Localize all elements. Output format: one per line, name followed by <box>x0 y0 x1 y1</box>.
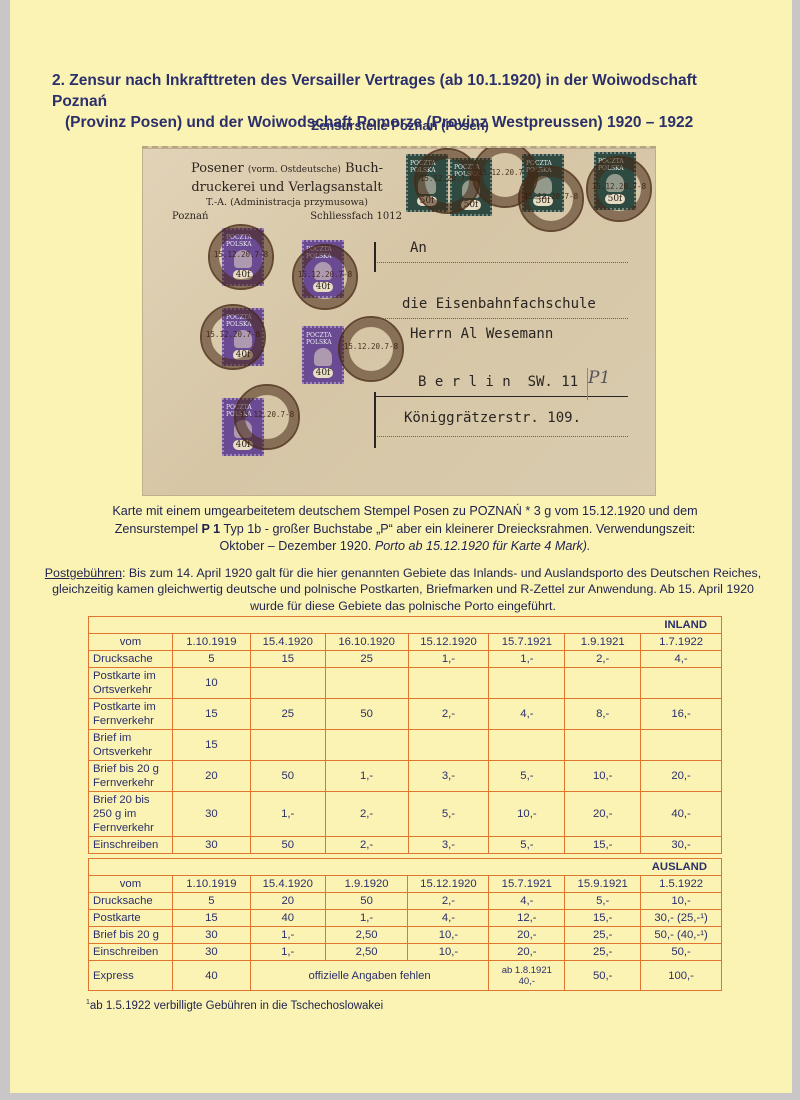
cell: 20 <box>172 761 250 792</box>
cell: 4,- <box>489 893 565 910</box>
cell <box>489 668 565 699</box>
sender-line-3: T.-A. (Administracja przymusowa) <box>172 196 402 210</box>
table-row: Brief bis 20 g Fernverkehr 20501,-3,-5,-… <box>89 761 722 792</box>
table-row: Brief 20 bis 250 g im Fernverkehr 301,-2… <box>89 792 722 837</box>
ausland-rates-table: AUSLAND vom 1.10.1919 15.4.1920 1.9.1920… <box>88 858 722 991</box>
stamp-green-50f: POCZTA POLSKA50f <box>406 154 448 212</box>
cell: 15,- <box>565 910 641 927</box>
description-line-2a: Zensurstempel <box>115 522 202 536</box>
cell: 8,- <box>565 699 641 730</box>
column-header: 15.7.1921 <box>489 634 565 651</box>
cell: 16,- <box>641 699 722 730</box>
cell: 10,- <box>408 944 489 961</box>
stamp-violet-40f: POCZTA POLSKA40f <box>222 308 264 366</box>
stamp-green-50f: POCZTA POLSKA50f <box>594 152 636 210</box>
row-label: Brief im Ortsverkehr <box>89 730 173 761</box>
cell <box>641 730 722 761</box>
cell <box>641 668 722 699</box>
cell: 2,- <box>408 893 489 910</box>
cell: 20 <box>250 893 325 910</box>
column-header: 15.4.1920 <box>250 876 325 893</box>
sender-line-1a: Posener <box>191 161 244 176</box>
table-row: Brief bis 20 g 301,-2,5010,-20,-25,-50,-… <box>89 927 722 944</box>
title-line-1: 2. Zensur nach Inkrafttreten des Versail… <box>52 72 697 110</box>
row-label: Brief bis 20 g Fernverkehr <box>89 761 173 792</box>
table-row-express: Express 40 offizielle Angaben fehlen ab … <box>89 961 722 991</box>
cell: 15 <box>172 730 250 761</box>
censor-type-bold: P 1 <box>202 522 221 536</box>
cell: 30 <box>172 927 250 944</box>
column-header: 1.9.1920 <box>325 876 408 893</box>
eagle-icon <box>606 174 624 192</box>
column-header: vom <box>89 876 173 893</box>
row-label: Drucksache <box>89 893 173 910</box>
table-row: Brief im Ortsverkehr 15 <box>89 730 722 761</box>
table-title: INLAND <box>89 617 722 634</box>
cell: 15,- <box>565 837 641 854</box>
table-row: Einschreiben 301,-2,5010,-20,-25,-50,- <box>89 944 722 961</box>
description-line-2b: Typ 1b - großer Buchstabe „P“ aber ein k… <box>220 522 695 536</box>
stamp-green-50f: POCZTA POLSKA50f <box>450 158 492 216</box>
postage-note-label: Postgebühren <box>45 566 122 580</box>
eagle-icon <box>234 250 252 268</box>
footnote: 1ab 1.5.1922 verbilligte Gebühren in die… <box>86 999 383 1012</box>
cell: 100,- <box>641 961 722 991</box>
row-label: Postkarte im Fernverkehr <box>89 699 173 730</box>
postmark: 15.12.20.7-8 <box>338 316 404 382</box>
cell-line: ab 1.8.1921 <box>493 965 560 976</box>
cell: 50 <box>325 699 408 730</box>
address-line-1: die Eisenbahnfachschule <box>402 296 596 312</box>
eagle-icon <box>314 348 332 366</box>
column-header: 16.10.1920 <box>325 634 408 651</box>
column-header: 15.7.1921 <box>489 876 565 893</box>
cell: 4,- <box>489 699 565 730</box>
stamp-violet-40f: POCZTA POLSKA40f <box>222 398 264 456</box>
column-header: 1.10.1919 <box>172 634 250 651</box>
table-row: Postkarte im Ortsverkehr 10 <box>89 668 722 699</box>
cell: ab 1.8.1921 40,- <box>489 961 565 991</box>
cell <box>408 730 489 761</box>
postcard-image: Posener (vorm. Ostdeutsche) Buch- drucke… <box>142 146 656 496</box>
cell: 15 <box>172 699 250 730</box>
cell: 1,- <box>489 651 565 668</box>
description-line-1: Karte mit einem umgearbeitetem deutschem… <box>80 503 730 521</box>
column-header: 1.7.1922 <box>641 634 722 651</box>
address-line-2: Herrn Al Wesemann <box>410 326 553 342</box>
column-header: 1.5.1922 <box>641 876 722 893</box>
cell: 30,- <box>641 837 722 854</box>
postage-note-text: : Bis zum 14. April 1920 galt für die hi… <box>52 566 761 613</box>
cell: 30,- (25,-¹) <box>641 910 722 927</box>
cell: 40,- <box>641 792 722 837</box>
cell-missing-data: offizielle Angaben fehlen <box>250 961 489 991</box>
eagle-icon <box>234 420 252 438</box>
address-line-3: B e r l i n SW. 11 <box>418 374 578 390</box>
cell: 5,- <box>489 761 565 792</box>
cell: 40 <box>172 961 250 991</box>
address-rule <box>374 318 628 319</box>
address-an: An <box>410 240 427 256</box>
cell: 5,- <box>408 792 489 837</box>
table-header-row: vom 1.10.1919 15.4.1920 16.10.1920 15.12… <box>89 634 722 651</box>
address-rule <box>374 262 628 263</box>
cell: 10 <box>172 668 250 699</box>
cell <box>325 730 408 761</box>
cell <box>565 730 641 761</box>
cell: 30 <box>172 792 250 837</box>
row-label: Brief 20 bis 250 g im Fernverkehr <box>89 792 173 837</box>
cell: 50 <box>325 893 408 910</box>
cell <box>250 668 325 699</box>
table-row: Drucksache 515251,-1,-2,-4,- <box>89 651 722 668</box>
sender-line-1-small: (vorm. Ostdeutsche) <box>248 165 341 175</box>
cell <box>325 668 408 699</box>
stamp-violet-40f: POCZTA POLSKA40f <box>302 326 344 384</box>
cell-line: 40,- <box>493 976 560 987</box>
cell: 5,- <box>565 893 641 910</box>
cell: 1,- <box>325 761 408 792</box>
cell: 2,- <box>408 699 489 730</box>
eagle-icon <box>418 176 436 194</box>
row-label: Einschreiben <box>89 837 173 854</box>
description-line-3-italic: Porto ab 15.12.1920 für Karte 4 Mark). <box>375 539 591 553</box>
cell: 2,- <box>565 651 641 668</box>
cell: 5 <box>172 893 250 910</box>
page-subtitle: Zensurstelle Poznań (Posen) <box>0 118 800 133</box>
sender-pobox: Schliessfach 1012 <box>310 210 402 224</box>
table-row: Drucksache 520502,-4,-5,-10,- <box>89 893 722 910</box>
stamp-violet-40f: POCZTA POLSKA40f <box>222 228 264 286</box>
postage-note: Postgebühren: Bis zum 14. April 1920 gal… <box>42 565 764 614</box>
cell <box>250 730 325 761</box>
footnote-text: ab 1.5.1922 verbilligte Gebühren in die … <box>90 1000 383 1012</box>
cell: 3,- <box>408 837 489 854</box>
cell: 10,- <box>489 792 565 837</box>
eagle-icon <box>234 330 252 348</box>
table-header-row: vom 1.10.1919 15.4.1920 1.9.1920 15.12.1… <box>89 876 722 893</box>
column-header: 15.9.1921 <box>565 876 641 893</box>
cell: 25 <box>250 699 325 730</box>
table-row: Einschreiben 30502,-3,-5,-15,-30,- <box>89 837 722 854</box>
cell: 1,- <box>325 910 408 927</box>
cell: 2,50 <box>325 927 408 944</box>
cell: 50 <box>250 837 325 854</box>
cell: 10,- <box>641 893 722 910</box>
column-header: 15.4.1920 <box>250 634 325 651</box>
cell: 4,- <box>408 910 489 927</box>
cell: 1,- <box>250 927 325 944</box>
sender-line-2: druckerei und Verlagsanstalt <box>172 179 402 196</box>
cell: 1,- <box>250 792 325 837</box>
address-rule <box>374 436 628 437</box>
cell: 4,- <box>641 651 722 668</box>
cell: 5 <box>172 651 250 668</box>
divider-line <box>374 242 376 272</box>
table-row: Postkarte im Fernverkehr 1525502,-4,-8,-… <box>89 699 722 730</box>
table-row: Postkarte 15401,-4,-12,-15,-30,- (25,-¹) <box>89 910 722 927</box>
cell: 3,- <box>408 761 489 792</box>
divider-line <box>374 392 376 448</box>
row-label: Postkarte im Ortsverkehr <box>89 668 173 699</box>
description-line-3a: Oktober – Dezember 1920. <box>219 539 374 553</box>
sender-line-1b: Buch- <box>345 161 383 176</box>
cell: 10,- <box>565 761 641 792</box>
cell: 30 <box>172 837 250 854</box>
cell: 50 <box>250 761 325 792</box>
cell: 20,- <box>489 944 565 961</box>
cell: 50,- (40,-¹) <box>641 927 722 944</box>
column-header: 15.12.1920 <box>408 876 489 893</box>
row-label: Brief bis 20 g <box>89 927 173 944</box>
cell: 30 <box>172 944 250 961</box>
card-description: Karte mit einem umgearbeitetem deutschem… <box>80 503 730 556</box>
cell: 25,- <box>565 944 641 961</box>
sender-imprint: Posener (vorm. Ostdeutsche) Buch- drucke… <box>172 160 402 224</box>
column-header: 1.10.1919 <box>172 876 250 893</box>
inland-rates-table: INLAND vom 1.10.1919 15.4.1920 16.10.192… <box>88 616 722 854</box>
row-label: Einschreiben <box>89 944 173 961</box>
cell: 25 <box>325 651 408 668</box>
cell: 2,- <box>325 837 408 854</box>
eagle-icon <box>534 176 552 194</box>
column-header: 15.12.1920 <box>408 634 489 651</box>
eagle-icon <box>462 180 480 198</box>
address-line-4: Königgrätzerstr. 109. <box>404 410 581 426</box>
cell <box>565 668 641 699</box>
column-header: vom <box>89 634 173 651</box>
cell: 2,- <box>325 792 408 837</box>
cell: 50,- <box>565 961 641 991</box>
row-label: Postkarte <box>89 910 173 927</box>
cell: 12,- <box>489 910 565 927</box>
eagle-icon <box>314 262 332 280</box>
cell <box>489 730 565 761</box>
cell: 10,- <box>408 927 489 944</box>
column-header: 1.9.1921 <box>565 634 641 651</box>
cell: 20,- <box>641 761 722 792</box>
cell: 1,- <box>250 944 325 961</box>
table-title: AUSLAND <box>89 859 722 876</box>
cell: 20,- <box>489 927 565 944</box>
row-label: Drucksache <box>89 651 173 668</box>
cell: 15 <box>172 910 250 927</box>
cell: 50,- <box>641 944 722 961</box>
cell <box>408 668 489 699</box>
row-label: Express <box>89 961 173 991</box>
stamp-violet-40f: POCZTA POLSKA40f <box>302 240 344 298</box>
cell: 5,- <box>489 837 565 854</box>
cell: 2,50 <box>325 944 408 961</box>
stamp-green-50f: POCZTA POLSKA50f <box>522 154 564 212</box>
cell: 1,- <box>408 651 489 668</box>
cell: 20,- <box>565 792 641 837</box>
sender-city: Poznań <box>172 210 208 224</box>
cell: 15 <box>250 651 325 668</box>
cell: 40 <box>250 910 325 927</box>
cell: 25,- <box>565 927 641 944</box>
